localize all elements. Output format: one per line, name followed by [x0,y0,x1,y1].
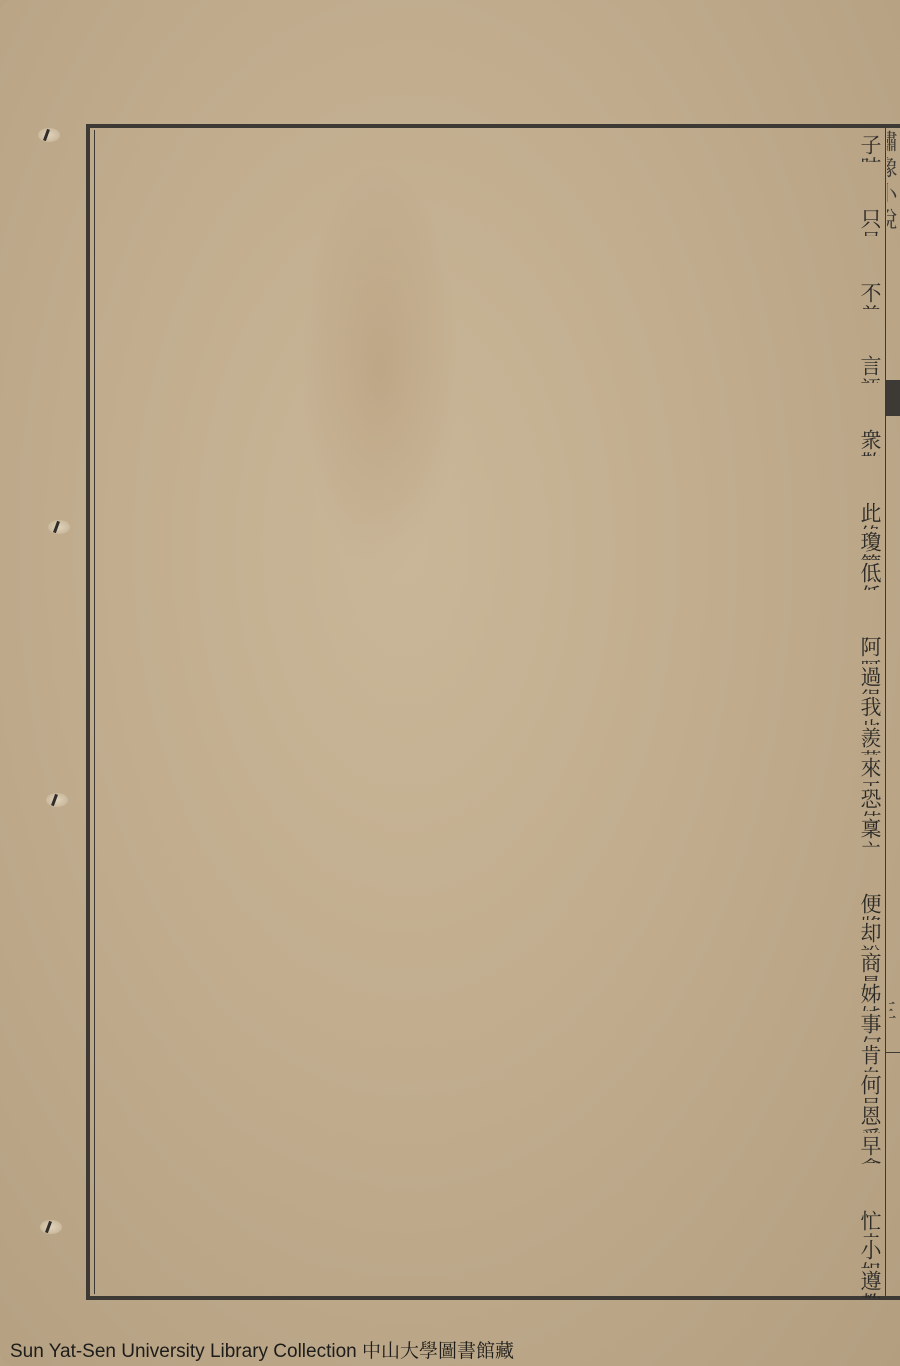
text-column: 言語周詳心中甚喜笑道這名字甚佳自是萱草宜男之兆容貌也去得就是汝好可教各人都散去罷… [857,309,883,382]
text-column: 稟立刻抽身早避之自去書齋帷幔表當時二婢笑孜孜 [857,816,883,846]
text-column: 便將主命贈婢之言一一妝前呈告大小姐稱謝不遑細看那個女子生得甚佳十分中意自是歡喜遂… [857,847,883,920]
page-number: 三 [889,1000,900,1020]
text-column: 子盹說笑一回人已至畫堂齋集各姣羞女侯吩咐輝紅燭一一從頭看細週 [857,132,883,162]
text-column: 我也不納娶金釵素志滿此話休題收拾起莫教夫婦反參差承顧照謹相辭須曉兒生各有時自是雙… [857,694,883,724]
banxin-title: 繡像小說 [887,130,900,320]
binding-staple-icon [46,793,68,807]
text-column: 瓊簪翠異笑微微便把新挑女子攜命彼王前為叩謝執燈同去話休題詞中說起吳公子是晚歸來到… [857,529,883,559]
text-column: 何見今生不產孩定要卑人為納寵固然不解夜懷可知花燭時雖入因遇妖姬百事乖適者方教無阻… [857,1072,883,1102]
binding-staple-icon [40,1220,62,1234]
text-column: 只見那第三行內第一個女子約略十八九歲生得粉團臉兒唇紅齒白甚有福相便指着喚到身邊問… [857,162,883,235]
text-column: 不曾見過那女子迎前一步跪下稟道小婢名喚紫萱今年十八歲向在漿洗處當差從不上來是以那… [857,236,883,309]
text-column: 肯自家為此事恐教又復涉疑猜一朝夫婦蘭幃坐大小姐又進良言勸郎難得吳郎煩絮了一時不覺… [857,1042,883,1072]
banxin-divider [885,124,886,1300]
vertical-text-body: 子盹說笑一回人已至畫堂齋集各姣羞女侯吩咐輝紅燭一一從頭看細週只見那第三行內第一個… [100,132,882,1298]
fishtail-mark-icon [886,380,900,416]
text-column: 衆散去遂將其故告紫與紫萱紫萱聽了面紅耳赤含羞不語郡主便數瓊簪翠異賞與兩套衣裳幾般… [857,383,883,456]
page-number-rule [886,1052,900,1053]
text-column: 小姐言時笑更嗟吳郎亦笑謂如花若教欲納姬和妾倒情愿斬此青絲去出家怎肯無端深惹禍望賢… [857,1237,883,1267]
text-column: 恩愛惟願同心終世諧休負卑人情義切從今此事可丟開若教寔在言無信也不妨立誓妝前見此懷… [857,1103,883,1133]
binding-staple-icon [38,128,60,142]
text-column: 阿呀娘子快不要如此這話只索休題卑人是斷不要的 [857,590,883,663]
binding-staple-icon [48,520,70,534]
text-column: 却說佳人即處裁西房安置那裙釵欣然便喚了環女去請東床吳秀才少刻瑞徵無奈返千金婉轉勸… [857,920,883,950]
text-column: 過得平安未幾時何為娘子便忘之我與你此生受盡偏房禍為什麼自己無端又惹疵莫說與卿年正… [857,664,883,694]
text-column: 羨慕將人比爾與我守拙安愚宜自知莫謂文家夫與婦樂華富貴盛于斯功名子息般般早這是他福… [857,725,883,755]
text-column: 低低便以自家如此意并他姊子許佳姬從頭告與夫君曉那道吳郎不奉依皺着兒眉連擺手將言便… [857,560,883,590]
text-column: 早拿來除巾欲斷青絲髮此際千金嚇一呆 [857,1133,883,1163]
text-column: 商量且暫挨夜已深沉收拾睡來朝紅日映妝台吳郎梳洗書房去大小姐姊妹相逢告此懷英烈女侯… [857,950,883,980]
text-column: 此緣故 [857,456,883,529]
text-column: 忙走來一把奪住笑道相公這也值得起誓此事既不愿時由你便了何消如此 [857,1164,883,1237]
inner-border-line [94,130,99,1294]
text-column: 恐使乖違呆性發況吟佺首正裁思忽觀窗外燈搖影那一位愛寵原來已到之翠異瓊簪相引入上前… [857,786,883,816]
text-column: 遵教這件事此後應無再說他 [857,1268,883,1298]
text-column: 姊姊你莫教為此淘閒氣可把其人退轉來這其間或者皇天垂庇佑却教吾子得麟胎九華聽此微搖… [857,981,883,1011]
scanned-book-page: 繡像小說 三 子盹說笑一回人已至畫堂齋集各姣羞女侯吩咐輝紅燭一一從頭看細週只見那… [0,0,900,1366]
text-column: 事何妨效彼巧安排女侯一笑無言語姊妹閒談且撤開提到東床吳秀才天生老實最無才一從身受… [857,1011,883,1041]
text-column: 來天地本無私此中道理何難解這件事不必多餘作處持道罷不禁嗟更笑說得個賢哉小姐亦無詞… [857,755,883,785]
library-watermark: Sun Yat-Sen University Library Collectio… [10,1336,514,1363]
